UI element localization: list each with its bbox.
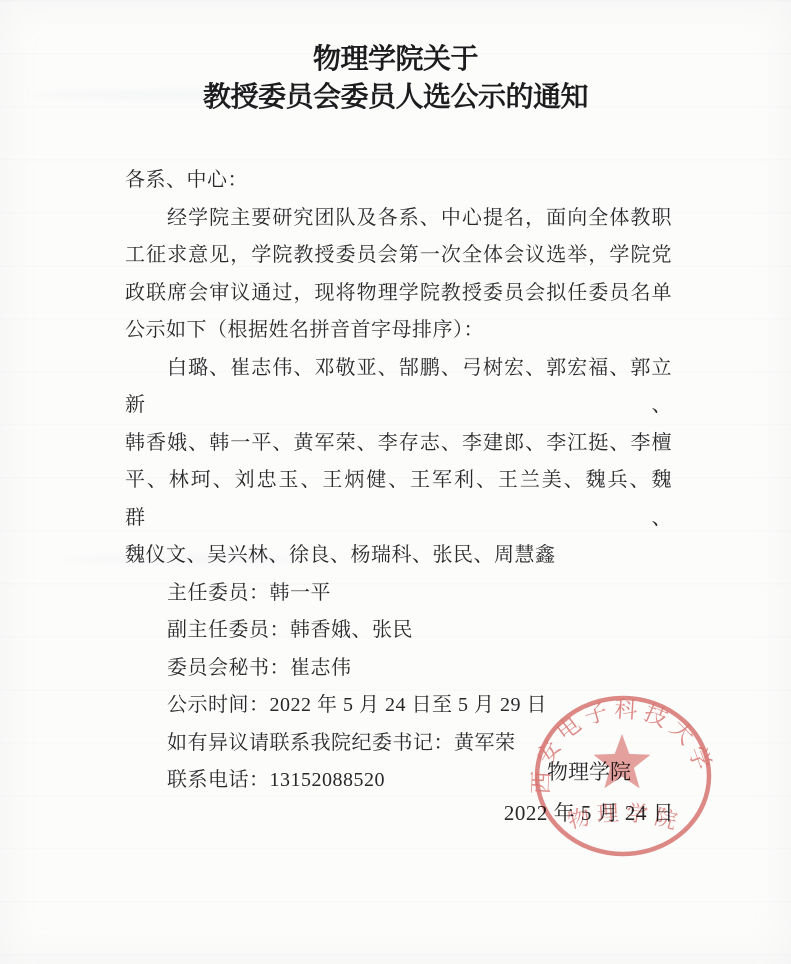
paragraph-line-4: 公示如下（根据姓名拼音首字母排序）：: [125, 312, 672, 350]
vice-chair-line: 副主任委员：韩香娥、张民: [125, 612, 672, 650]
secretary-line: 委员会秘书：崔志伟: [125, 650, 672, 688]
page-title: 物理学院关于 教授委员会委员人选公示的通知: [0, 40, 791, 116]
notice-body: 各系、中心： 经学院主要研究团队及各系、中心提名，面向全体教职 工征求意见，学院…: [125, 162, 672, 800]
title-line-1: 物理学院关于: [0, 40, 791, 78]
chair-line: 主任委员：韩一平: [125, 575, 672, 613]
name-list-line-1: 白璐、崔志伟、邓敬亚、郜鹏、弓树宏、郭宏福、郭立新、: [125, 350, 672, 425]
notice-document: 物理学院关于 教授委员会委员人选公示的通知 各系、中心： 经学院主要研究团队及各…: [0, 0, 791, 964]
title-line-2: 教授委员会委员人选公示的通知: [0, 78, 791, 116]
paragraph-line-1: 经学院主要研究团队及各系、中心提名，面向全体教职: [125, 200, 672, 238]
paragraph-line-2: 工征求意见，学院教授委员会第一次全体会议选举，学院党: [125, 237, 672, 275]
signature-block: 物理学院 2022 年 5 月 24 日: [458, 756, 720, 829]
salutation-line: 各系、中心：: [125, 162, 672, 200]
name-list-line-2: 韩香娥、韩一平、黄军荣、李存志、李建郎、李江挺、李檀: [125, 425, 672, 463]
signature-org: 物理学院: [458, 756, 720, 788]
name-list-line-4: 魏仪文、吴兴林、徐良、杨瑞科、张民、周慧鑫: [125, 537, 672, 575]
publicity-period-line: 公示时间：2022 年 5 月 24 日至 5 月 29 日: [125, 687, 672, 725]
paragraph-line-3: 政联席会审议通过，现将物理学院教授委员会拟任委员名单: [125, 275, 672, 313]
name-list-line-3: 平、林珂、刘忠玉、王炳健、王军利、王兰美、魏兵、魏群、: [125, 462, 672, 537]
signature-date: 2022 年 5 月 24 日: [458, 797, 720, 829]
